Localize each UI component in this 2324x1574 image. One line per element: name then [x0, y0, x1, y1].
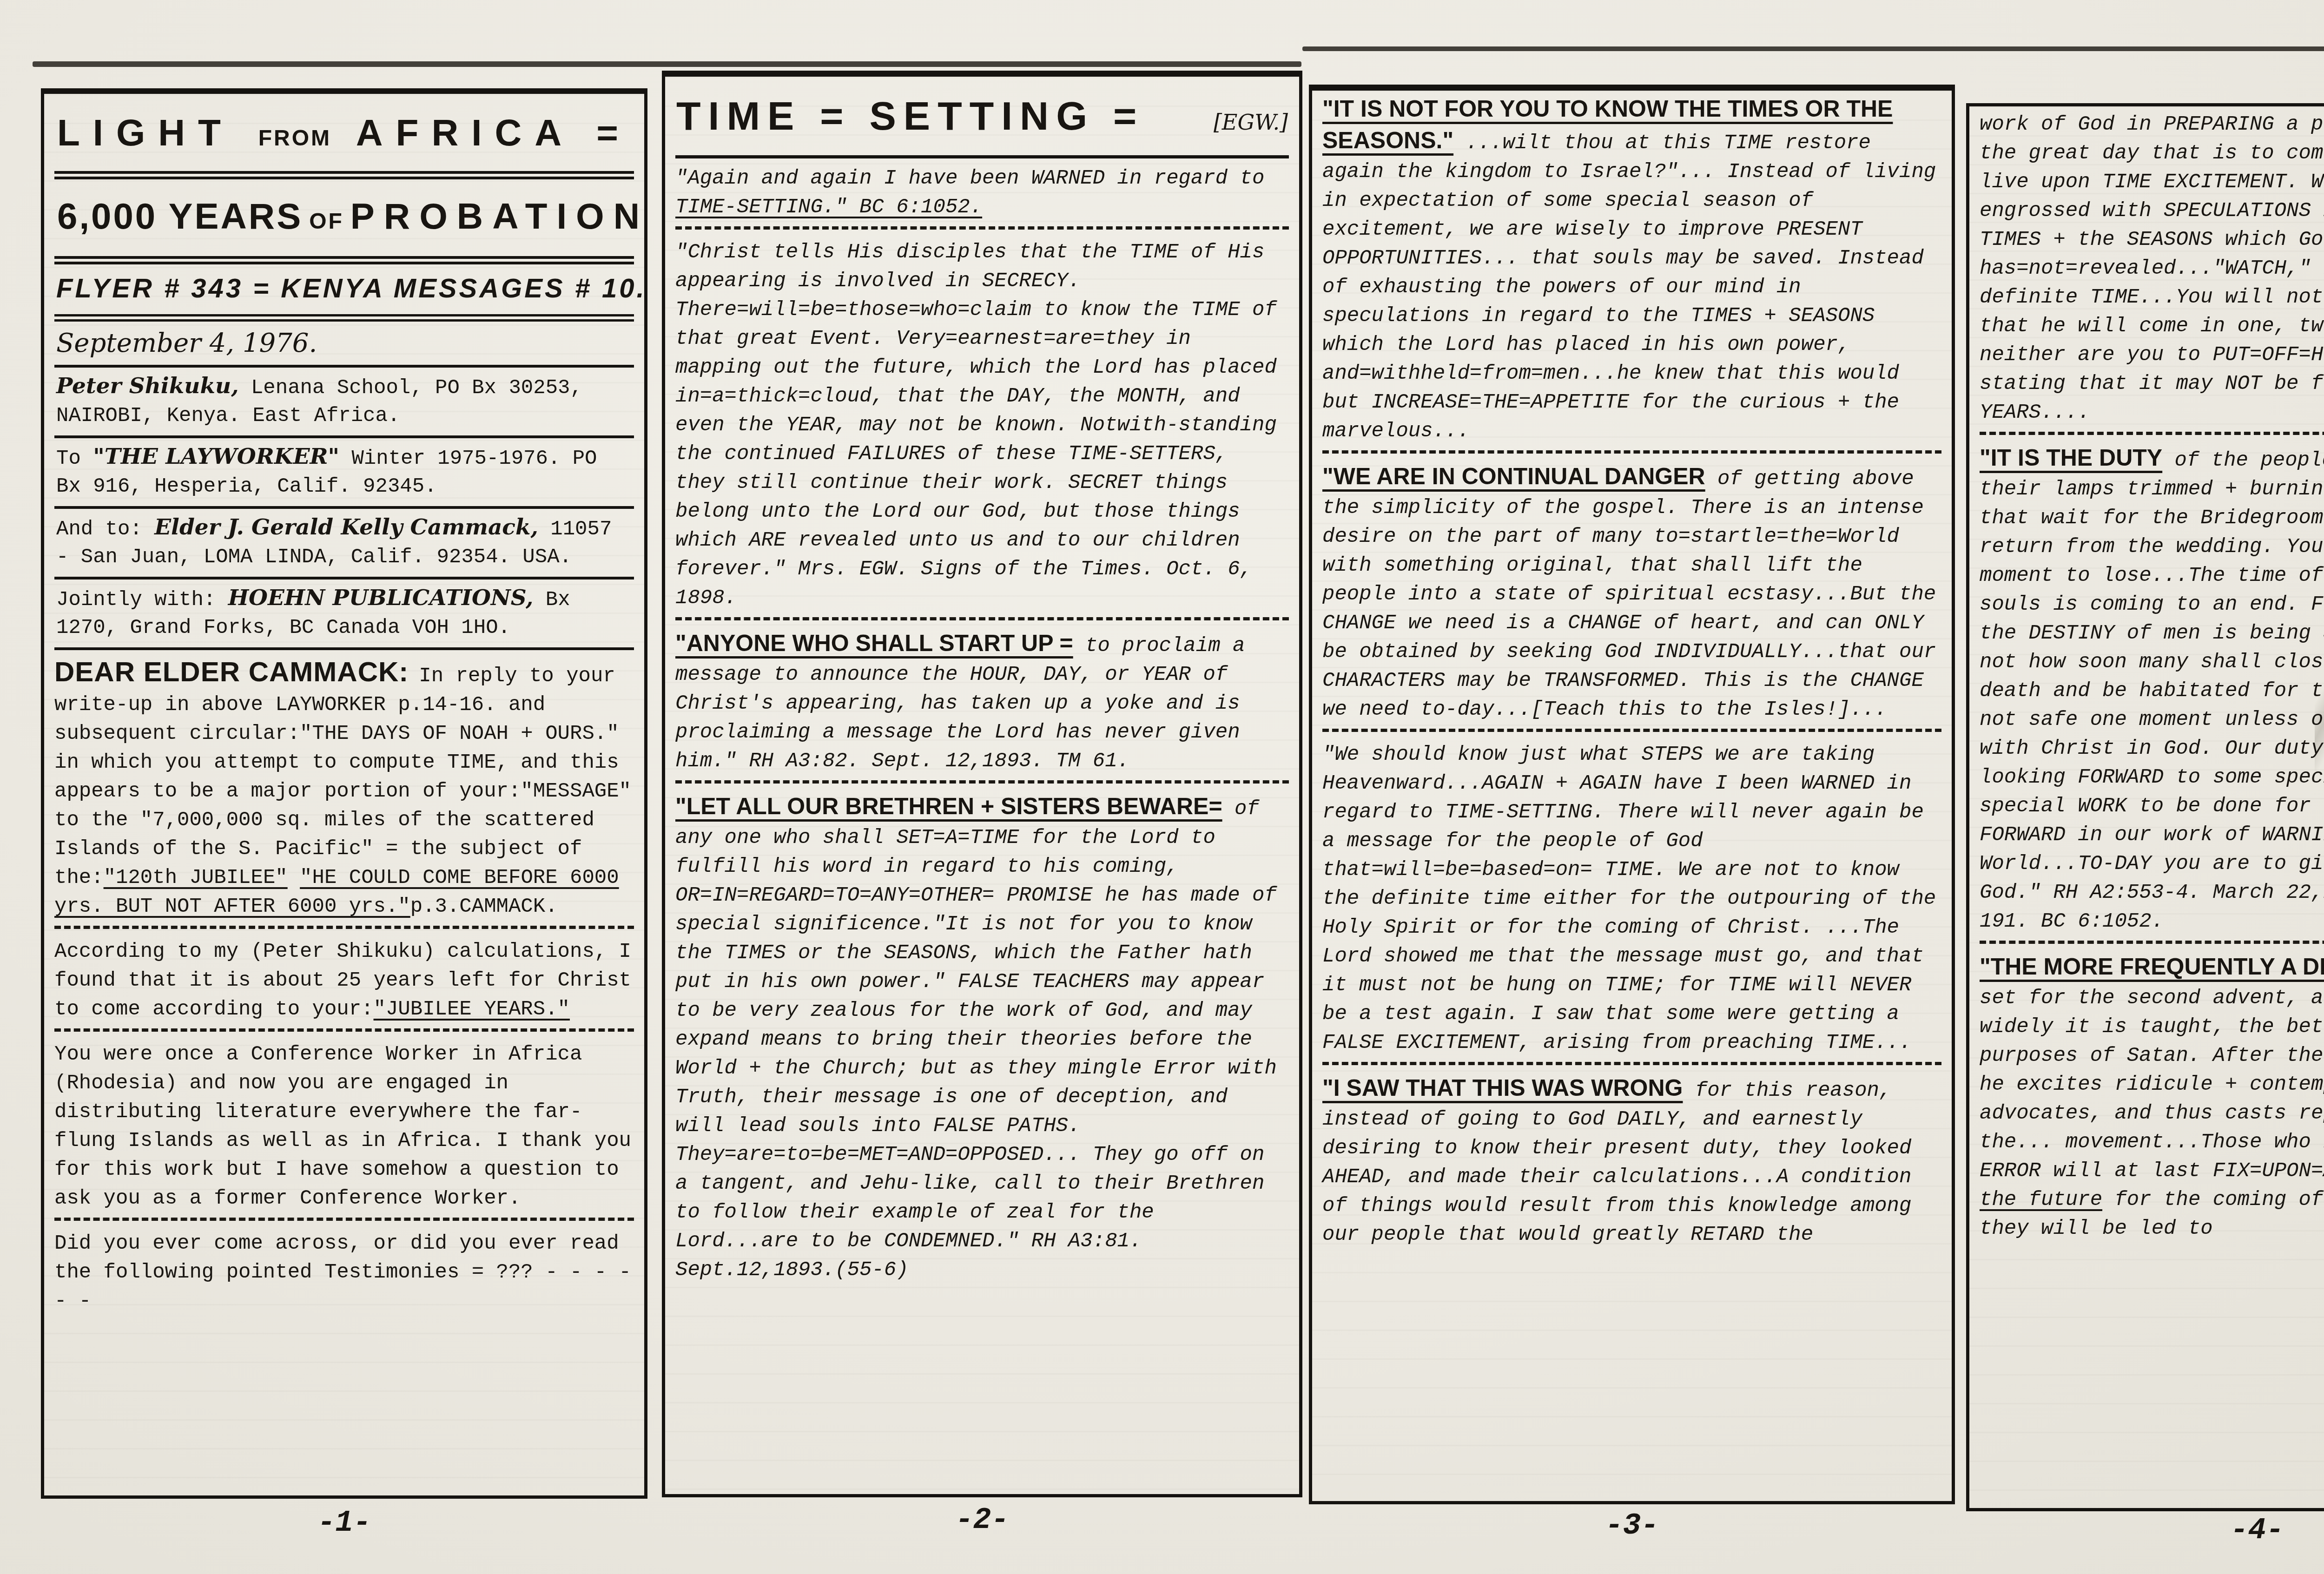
paragraph-text-underlined: "JUBILEE YEARS." [374, 998, 570, 1021]
quote-paragraph: "ANYONE WHO SHALL START UP = to proclaim… [675, 629, 1289, 776]
quote-lead-heading: "THE MORE FREQUENTLY A DEFINITE TIME [1980, 954, 2324, 980]
quote-lead-heading: "I SAW THAT THIS WAS WRONG [1322, 1075, 1683, 1101]
quote-paragraph: "IT IS NOT FOR YOU TO KNOW THE TIMES OR … [1322, 94, 1941, 446]
date-line: September 4, 1976. [54, 322, 634, 368]
quote-lead-heading: "LET ALL OUR BRETHREN + SISTERS BEWARE= [675, 793, 1222, 819]
quote-text: of the people of God to have their lamps… [1980, 449, 2324, 933]
quote-paragraph: "Again and again I have been WARNED in r… [675, 164, 1289, 222]
title-word-small: FROM [258, 125, 331, 151]
address-text: To [56, 447, 93, 470]
address-name: HOEHN PUBLICATIONS, [228, 585, 534, 611]
quote-paragraph: "We should know just what STEPS we are t… [1322, 740, 1941, 1057]
quote-text: ...wilt thou at this TIME restore again … [1322, 132, 1936, 443]
dashed-separator [675, 780, 1289, 784]
column-4: work of God in PREPARING a people to STA… [1966, 103, 2324, 1511]
title-word: PROBATION? [350, 195, 647, 237]
scan-smudge-top-right [1302, 46, 2324, 51]
address-cammack: And to: Elder J. Gerald Kelly Cammack, 1… [54, 509, 634, 580]
quote-paragraph: "IT IS THE DUTY of the people of God to … [1980, 443, 2324, 936]
dashed-separator [1980, 941, 2324, 944]
quote-text-underlined: TIME-SETTING." BC 6:1052. [675, 196, 982, 219]
paragraph: You were once a Conference Worker in Afr… [54, 1040, 634, 1213]
dashed-separator [1322, 1062, 1941, 1065]
dashed-separator [1322, 450, 1941, 454]
dashed-separator [1980, 432, 2324, 435]
dashed-separator [675, 226, 1289, 230]
dashed-separator [54, 1028, 634, 1032]
letter-text-underlined: "120th JUBILEE" [104, 866, 288, 889]
dashed-separator [675, 617, 1289, 620]
column-1: LIGHT FROM AFRICA = 6,000 YEARS OF PROBA… [41, 88, 647, 1499]
letter-opening: DEAR ELDER CAMMACK:In reply to your writ… [54, 650, 634, 921]
letter-text: p.3.CAMMACK. [410, 895, 558, 918]
main-title-line1: LIGHT FROM AFRICA = [54, 98, 634, 179]
quote-paragraph: work of God in PREPARING a people to STA… [1980, 110, 2324, 427]
flyer-number-line: FLYER # 343 = KENYA MESSAGES # 10. [54, 264, 634, 322]
main-title-line2: 6,000 YEARS OF PROBATION? [54, 179, 634, 264]
quote-paragraph: "WE ARE IN CONTINUAL DANGER of getting a… [1322, 462, 1941, 724]
address-text: And to: [56, 518, 154, 541]
title-word-small: OF [309, 209, 344, 234]
title-word: 6,000 YEARS [57, 195, 303, 237]
quote-text: is set for the second advent, and the mo… [1980, 958, 2324, 1183]
page-number-3: -3- [1309, 1509, 1955, 1543]
quote-paragraph: "LET ALL OUR BRETHREN + SISTERS BEWARE= … [675, 792, 1289, 1284]
page-number-4: -4- [1966, 1514, 2324, 1548]
address-text: Jointly with: [56, 588, 228, 612]
letter-text: In reply to your write-up in above LAYWO… [54, 665, 631, 889]
quote-text: "Again and again I have been WARNED in r… [675, 167, 1264, 190]
quote-lead-heading: "WE ARE IN CONTINUAL DANGER [1322, 463, 1705, 489]
scanned-flyer-page: LIGHT FROM AFRICA = 6,000 YEARS OF PROBA… [0, 0, 2324, 1574]
address-hoehn: Jointly with: HOEHN PUBLICATIONS, Bx 127… [54, 580, 634, 650]
dashed-separator [54, 926, 634, 929]
page-number-2: -2- [662, 1504, 1302, 1537]
address-layworker: To "THE LAYWORKER" Winter 1975-1976. PO … [54, 438, 634, 509]
time-setting-title: TIME = SETTING = [EGW.] [675, 80, 1289, 158]
title-word: AFRICA = [356, 112, 631, 154]
dashed-separator [54, 1218, 634, 1221]
quote-text: for this reason, instead of going to God… [1322, 1079, 1911, 1246]
dashed-separator [1322, 729, 1941, 732]
quote-paragraph: "Christ tells His disciples that the TIM… [675, 238, 1289, 612]
column-3: "IT IS NOT FOR YOU TO KNOW THE TIMES OR … [1309, 85, 1955, 1504]
address-name: "THE LAYWORKER" [93, 444, 339, 469]
title-text: TIME = SETTING = [676, 93, 1144, 139]
quote-lead-heading: "ANYONE WHO SHALL START UP = [675, 630, 1073, 656]
scan-smudge-top-left [33, 61, 1301, 67]
paragraph: According to my (Peter Shikuku) calculat… [54, 937, 634, 1024]
quote-text: of getting above the simplicity of the g… [1322, 468, 1936, 721]
paragraph: Did you ever come across, or did you eve… [54, 1229, 634, 1316]
quote-text: of any one who shall SET=A=TIME for the … [675, 797, 1277, 1282]
quote-paragraph: "THE MORE FREQUENTLY A DEFINITE TIME is … [1980, 952, 2324, 1243]
address-sender: Peter Shikuku, Lenana School, PO Bx 3025… [54, 368, 634, 438]
address-name: Elder J. Gerald Kelly Cammack, [154, 514, 538, 540]
column-2: TIME = SETTING = [EGW.] "Again and again… [662, 71, 1302, 1497]
salutation-heading: DEAR ELDER CAMMACK: [54, 656, 409, 687]
title-word: LIGHT [57, 112, 234, 154]
title-attribution: [EGW.] [1214, 110, 1288, 135]
address-name: Peter Shikuku, [56, 373, 239, 399]
quote-lead-heading: "IT IS THE DUTY [1980, 445, 2162, 471]
page-number-1: -1- [41, 1507, 647, 1540]
quote-paragraph: "I SAW THAT THIS WAS WRONG for this reas… [1322, 1073, 1941, 1249]
